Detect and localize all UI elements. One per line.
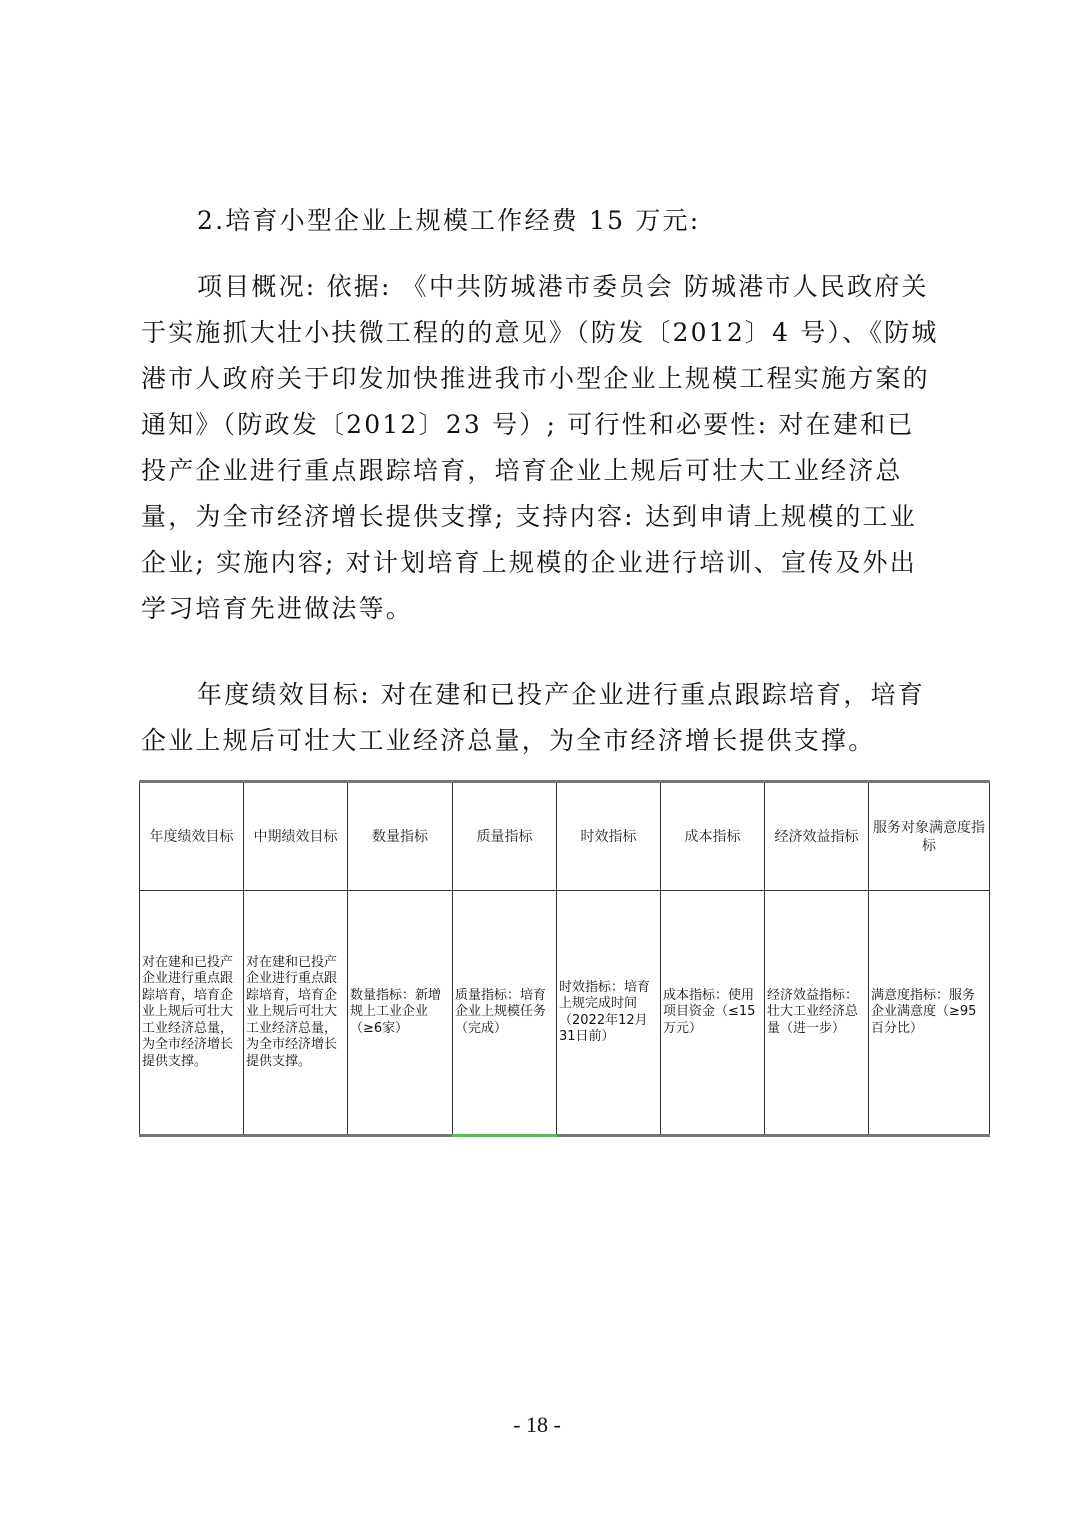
cell-quantity-indicator: 数量指标：新增规上工业企业（≥6家） (348, 891, 453, 1136)
overview-paragraph: 项目概况: 依据: 《中共防城港市委员会 防城港市人民政府关于实施抓大壮小扶微工… (141, 264, 941, 632)
page-number: - 18 - (0, 1412, 1074, 1438)
annual-goal-text: 年度绩效目标: 对在建和已投产企业进行重点跟踪培育，培育企业上规后可壮大工业经济… (141, 680, 925, 755)
cell-quality-indicator: 质量指标：培育企业上规模任务（完成） (453, 891, 557, 1136)
table-row: 对在建和已投产企业进行重点跟踪培育，培育企业上规后可壮大工业经济总量，为全市经济… (140, 891, 990, 1136)
header-timeliness-indicator: 时效指标 (557, 782, 661, 891)
header-cost-indicator: 成本指标 (661, 782, 765, 891)
cell-annual-goal: 对在建和已投产企业进行重点跟踪培育，培育企业上规后可壮大工业经济总量，为全市经济… (140, 891, 244, 1136)
section-title: 2.培育小型企业上规模工作经费 15 万元: (141, 198, 941, 244)
cell-midterm-goal: 对在建和已投产企业进行重点跟踪培育，培育企业上规后可壮大工业经济总量，为全市经济… (244, 891, 348, 1136)
table-header-row: 年度绩效目标 中期绩效目标 数量指标 质量指标 时效指标 成本指标 经济效益指标… (140, 782, 990, 891)
annual-goal-paragraph: 年度绩效目标: 对在建和已投产企业进行重点跟踪培育，培育企业上规后可壮大工业经济… (141, 672, 941, 764)
header-quantity-indicator: 数量指标 (348, 782, 453, 891)
performance-table-container: 年度绩效目标 中期绩效目标 数量指标 质量指标 时效指标 成本指标 经济效益指标… (139, 780, 990, 1137)
section-title-text: 2.培育小型企业上规模工作经费 15 万元: (197, 206, 700, 235)
performance-table: 年度绩效目标 中期绩效目标 数量指标 质量指标 时效指标 成本指标 经济效益指标… (139, 780, 990, 1137)
header-satisfaction-indicator: 服务对象满意度指标 (869, 782, 990, 891)
header-annual-goal: 年度绩效目标 (140, 782, 244, 891)
cell-satisfaction-indicator: 满意度指标：服务企业满意度（≥95百分比） (869, 891, 990, 1136)
overview-text: 项目概况: 依据: 《中共防城港市委员会 防城港市人民政府关于实施抓大壮小扶微工… (141, 272, 939, 623)
header-economic-benefit-indicator: 经济效益指标 (765, 782, 869, 891)
cell-economic-benefit-indicator: 经济效益指标：壮大工业经济总量（进一步） (765, 891, 869, 1136)
cell-cost-indicator: 成本指标：使用项目资金（≤15万元） (661, 891, 765, 1136)
cell-timeliness-indicator: 时效指标：培育上规完成时间（2022年12月31日前） (557, 891, 661, 1136)
header-midterm-goal: 中期绩效目标 (244, 782, 348, 891)
header-quality-indicator: 质量指标 (453, 782, 557, 891)
